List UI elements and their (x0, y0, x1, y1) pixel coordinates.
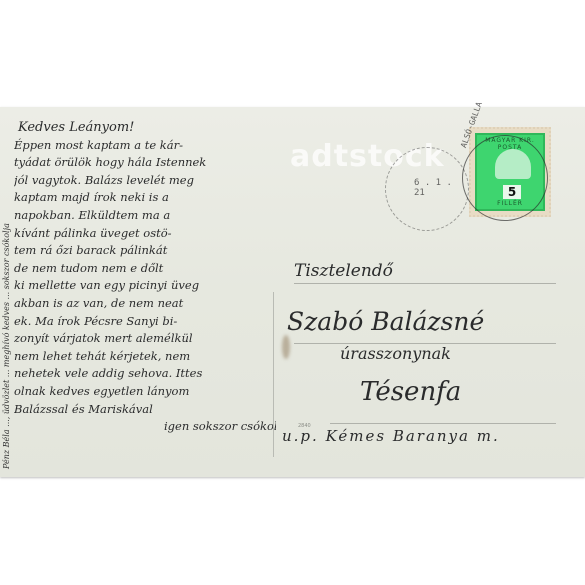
message-line: Balázssal és Mariskával (14, 401, 276, 419)
postcard-back: adtstock Kedves Leányom! Éppen most kapt… (0, 107, 585, 477)
message-line: jól vagytok. Balázs levelét meg (14, 172, 276, 190)
message-line: tem rá őzi barack pálinkát (14, 242, 276, 260)
message-line: zonyít várjatok mert alemélkül (14, 330, 276, 348)
handwritten-message: Kedves Leányom! Éppen most kaptam a te k… (14, 119, 276, 436)
postmark-circle: 6 . 1 . 21 (385, 147, 469, 231)
address-title: úrasszonynak (340, 344, 451, 363)
message-line: nehetek vele addig sehova. Ittes (14, 365, 276, 383)
address-post: u.p. Kémes Baranya m. (282, 427, 500, 445)
cancellation-postmark: ALSÓ-GALLA (462, 135, 548, 221)
message-line: nem lehet tehát kérjetek, nem (14, 348, 276, 366)
message-line: Éppen most kaptam a te kár- (14, 137, 276, 155)
divider-line (273, 292, 274, 457)
address-rule (294, 283, 556, 284)
address-town: Tésenfa (360, 377, 461, 407)
message-greeting: Kedves Leányom! (14, 119, 276, 137)
message-line: ki mellette van egy picinyi üveg (14, 277, 276, 295)
message-line: kaptam majd írok neki is a (14, 189, 276, 207)
print-number: 2840 (298, 423, 311, 429)
stain (282, 335, 290, 359)
postmark-date: 6 . 1 . 21 (414, 178, 468, 198)
message-line: ek. Ma írok Pécsre Sanyi bi- (14, 313, 276, 331)
message-line: igen sokszor csókol szerető édes (14, 418, 276, 436)
address-name: Szabó Balázsné (287, 307, 484, 336)
message-line: akban is az van, de nem neat (14, 295, 276, 313)
message-line: olnak kedves egyetlen lányom (14, 383, 276, 401)
address-rule (330, 423, 556, 424)
message-line: de nem tudom nem e dőlt (14, 260, 276, 278)
message-line: tyádat örülök hogy hála Istennek (14, 154, 276, 172)
margin-note: Pénz Béla ..., üdvözlet ... meghívó kedv… (2, 119, 11, 469)
message-line: napokban. Elküldtem ma a (14, 207, 276, 225)
address-honorific: Tisztelendő (294, 261, 393, 281)
message-line: kívánt pálinka üveget ostö- (14, 225, 276, 243)
